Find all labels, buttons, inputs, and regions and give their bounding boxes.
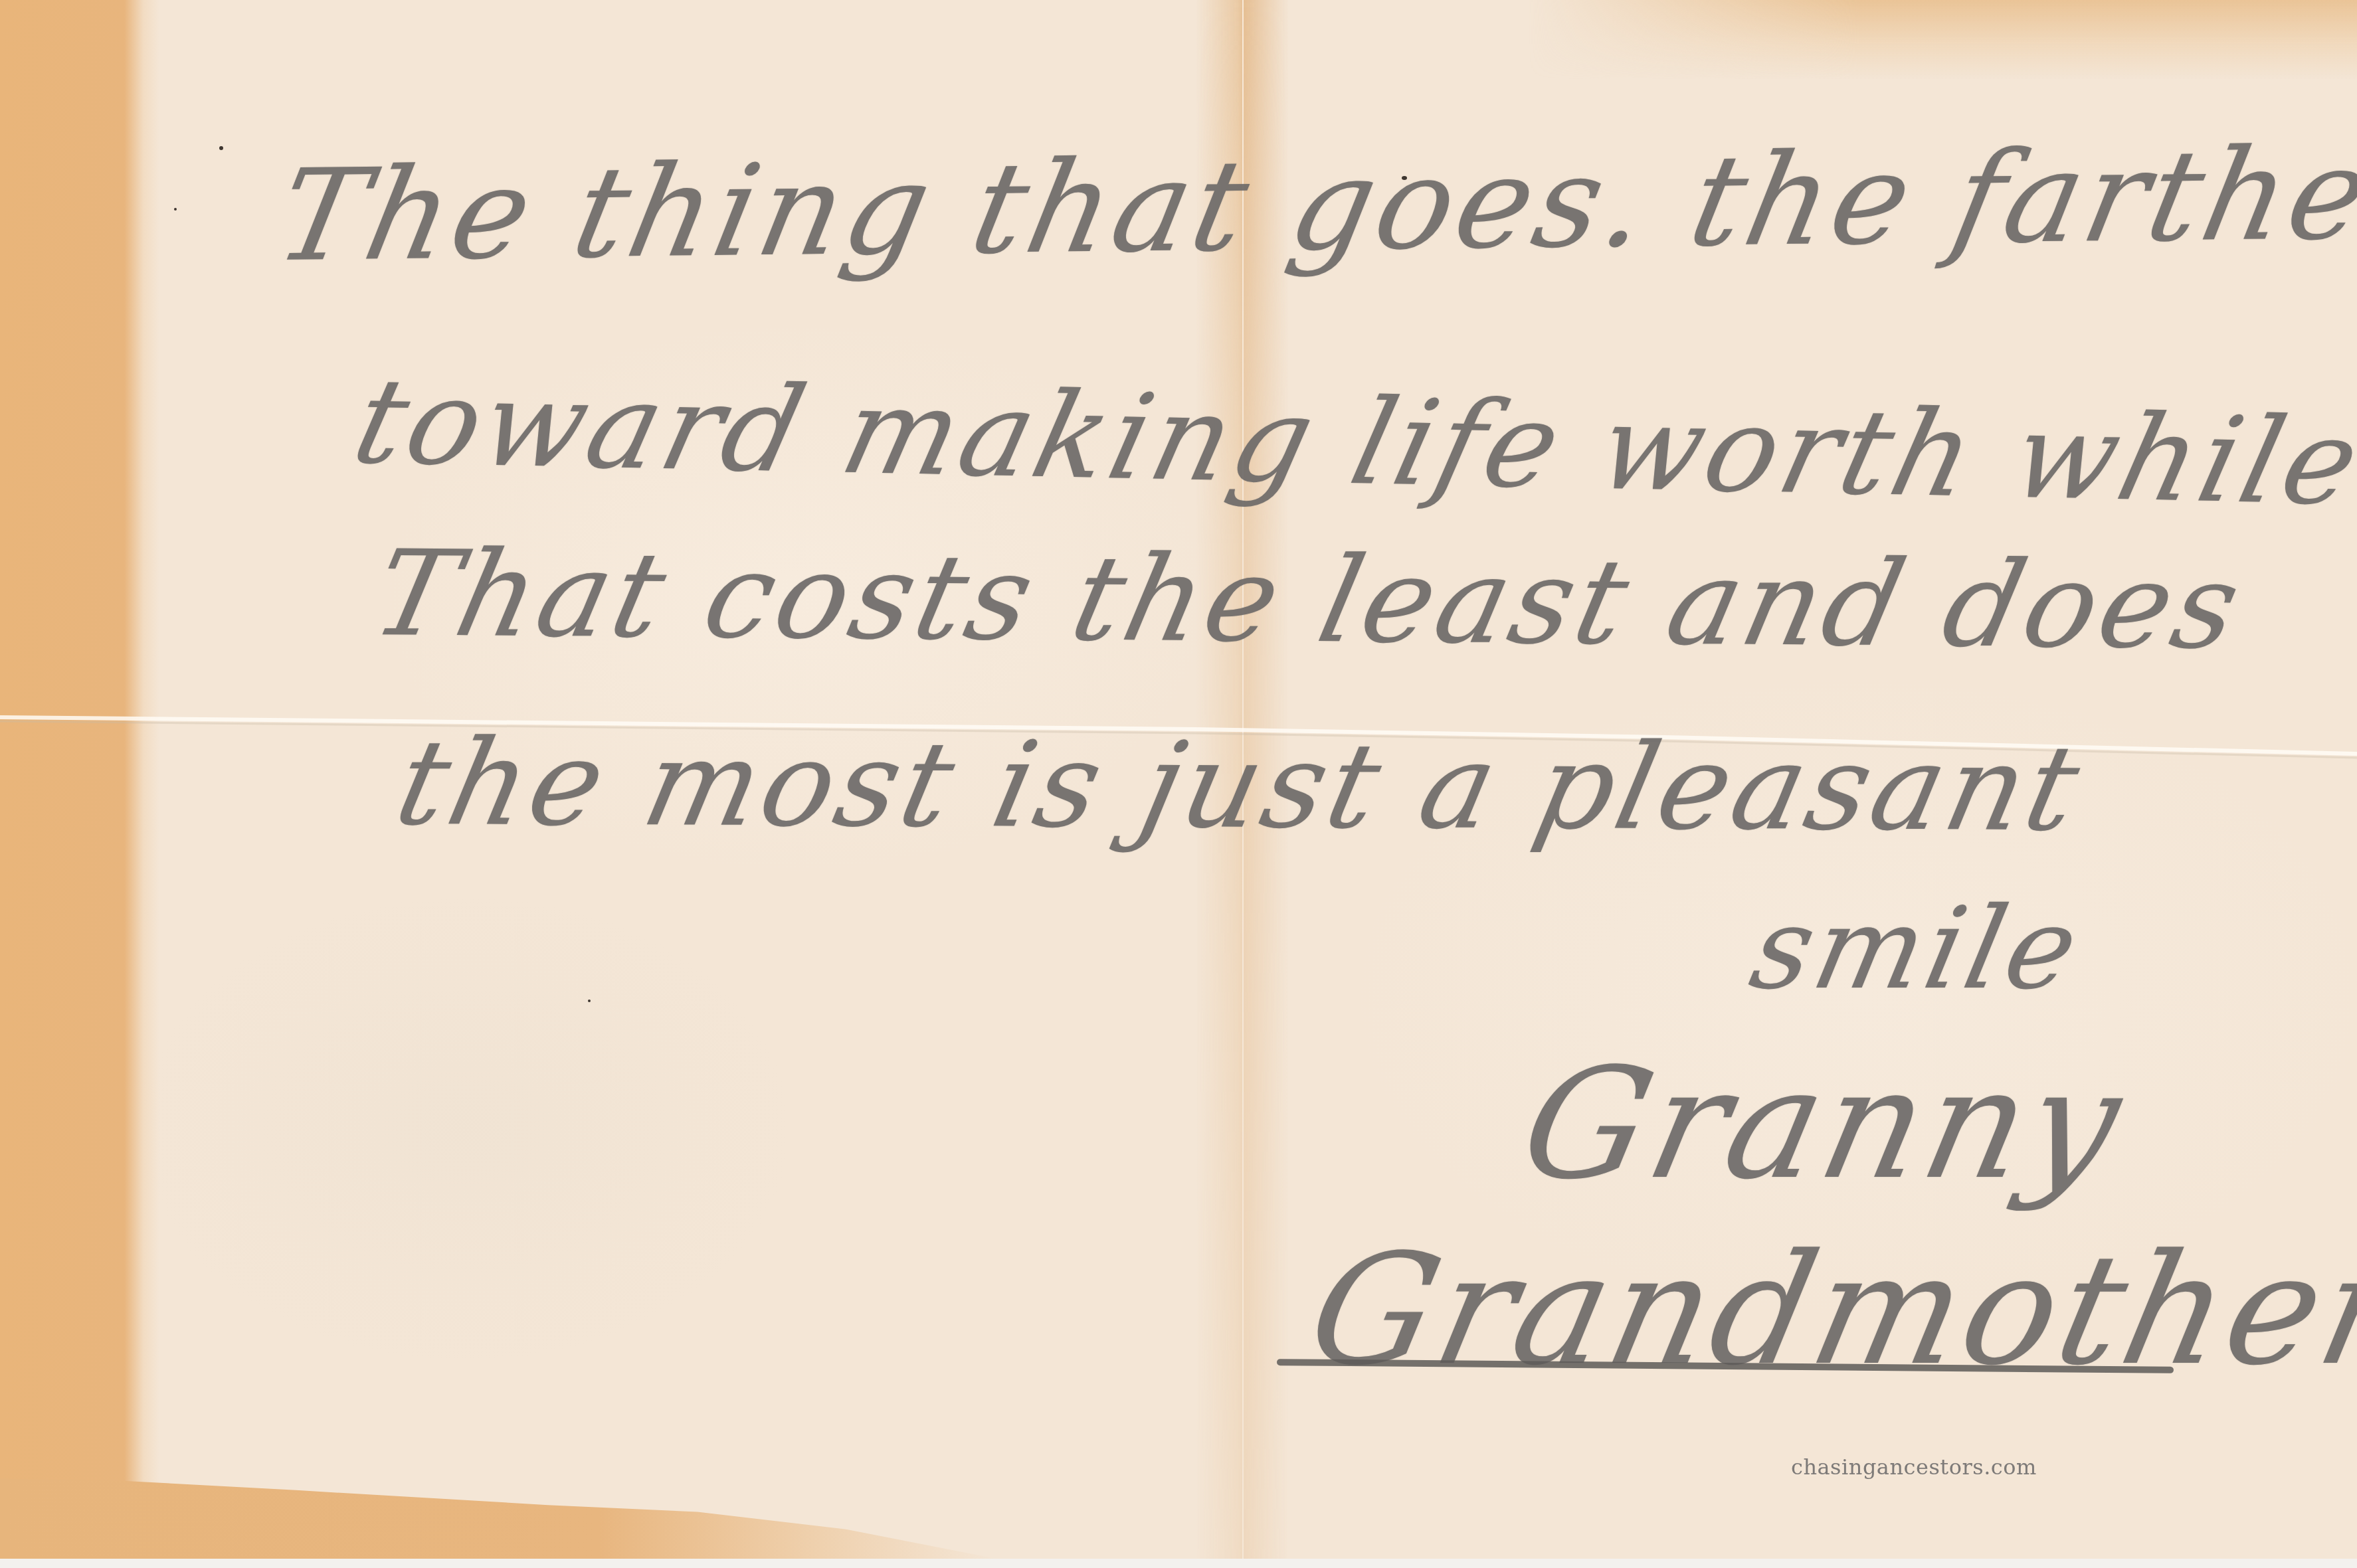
letter-line-1: The thing that goes. the farthest (266, 120, 2357, 290)
aged-paper: The thing that goes. the farthest toward… (0, 0, 2357, 1559)
left-edge-stain (0, 0, 159, 1559)
top-right-stain (1528, 0, 2357, 80)
paper-speck (174, 208, 177, 211)
paper-speck (588, 1000, 591, 1002)
letter-line-4: the most is just a pleasant (385, 714, 2095, 857)
watermark-text: chasingancestors.com (1791, 1454, 2037, 1480)
letter-line-5: smile (1741, 883, 2093, 1015)
signature-granny: Granny (1508, 1036, 2139, 1213)
paper-speck (219, 146, 223, 150)
letter-line-2: toward making life worth while (342, 353, 2357, 531)
letter-line-3: That costs the least and does (362, 525, 2255, 675)
signature-grandmother: Grandmother (1295, 1222, 2357, 1399)
